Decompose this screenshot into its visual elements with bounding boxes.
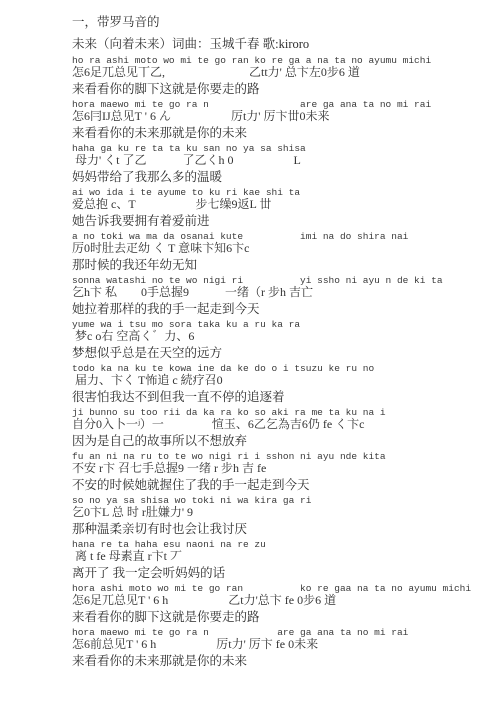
kana-line: 厉0时肚去疋幼 く T 意味卞知6卞c [72, 242, 480, 255]
kana-line: 乞0卞L 总 时 r肚嫌力' 9 [72, 506, 480, 519]
kana-line: 怎6足兀总见T ' 6 h 乙t力'总卞 fe 0步6 道 [72, 594, 480, 607]
kana-line: 母力' くt 了乙 了乙くh 0 L [72, 154, 480, 167]
kana-line: 不安 r卞 召七手总握9 一绪 r 步h 吉 fe [72, 462, 480, 475]
lyric-block: todo ka na ku te kowa ine da ke do o i t… [72, 364, 480, 404]
kana-line: 自分0入卜一ʲ）一 愃玉、6乙乞為吉6仍 fe く卞c [72, 418, 480, 431]
chinese-translation-line: 来看看你的脚下这就是你要走的路 [72, 82, 480, 96]
lyric-block: a no toki wa ma da osanai kute imi na do… [72, 232, 480, 272]
lyric-block: fu an ni na ru to te wo nigi ri i sshon … [72, 452, 480, 492]
kana-line: 怎6冃IJ总见T ' 6 ん 厉t力' 厉卞丗0未来 [72, 110, 480, 123]
kana-line: 爱总抱 c、T 步七缲9返L 丗 [72, 198, 480, 211]
kana-line: 届力、卞く T怖追 c 続疗召0 [72, 374, 480, 387]
lyric-block: hora maewo mi te go ra n are ga ana ta n… [72, 100, 480, 140]
kana-line: 怎6前总见T ' 6 h 厉t力' 厉卞 fe 0未来 [72, 638, 480, 651]
chinese-translation-line: 来看看你的脚下这就是你要走的路 [72, 610, 480, 624]
chinese-translation-line: 那种温柔亲切有时也会让我讨厌 [72, 522, 480, 536]
chinese-translation-line: 不安的时候她就握住了我的手一起走到今天 [72, 478, 480, 492]
song-title-credits: 未来（向着未来）词曲：玉城千春 歌:kiroro [72, 37, 480, 51]
chinese-translation-line: 那时候的我还年幼无知 [72, 258, 480, 272]
kana-line: 怎6足兀总见丅乙, 乙tt力' 总卞左0步6 道 [72, 66, 480, 79]
document-heading: 一，带罗马音的 [72, 15, 480, 29]
kana-line: 离 t fe 母素直 r卞t 丆 [72, 550, 480, 563]
chinese-translation-line: 她拉着那样的我的手一起走到今天 [72, 302, 480, 316]
chinese-translation-line: 很害怕我达不到但我一直不停的追逐着 [72, 390, 480, 404]
chinese-translation-line: 离开了 我一定会听妈妈的话 [72, 566, 480, 580]
chinese-translation-line: 来看看你的未来那就是你的未来 [72, 126, 480, 140]
kana-line: 梦c o右 空高く゛力、6 [72, 330, 480, 343]
chinese-translation-line: 她告诉我要拥有着爱前进 [72, 214, 480, 228]
chinese-translation-line: 来看看你的未来那就是你的未来 [72, 654, 480, 668]
chinese-translation-line: 因为是自己的故事所以不想放弃 [72, 434, 480, 448]
lyric-block: ji bunno su too rii da ka ra ko so aki r… [72, 408, 480, 448]
lyric-block: hana re ta haha esu naoni na re zu 离 t f… [72, 540, 480, 580]
lyrics-document-page: 一，带罗马音的 未来（向着未来）词曲：玉城千春 歌:kiroro ho ra a… [0, 0, 500, 707]
lyric-block: hora maewo mi te go ra n are ga ana ta n… [72, 628, 480, 668]
lyric-block: haha ga ku re ta ta ku san no ya sa shis… [72, 144, 480, 184]
lyric-block: sonna watashi no te wo nigi ri yi ssho n… [72, 276, 480, 316]
chinese-translation-line: 梦想似乎总是在天空的远方 [72, 346, 480, 360]
lyric-block: yume wa i tsu mo sora taka ku a ru ka ra… [72, 320, 480, 360]
kana-line: 乞h卞 私 0手总握9 一绪（r 步h 吉亡 [72, 286, 480, 299]
lyrics-list: ho ra ashi moto wo mi te go ran ko re ga… [72, 56, 480, 668]
lyric-block: hora ashi moto wo mi te go ran ko re gaa… [72, 584, 480, 624]
chinese-translation-line: 妈妈带给了我那么多的温暖 [72, 170, 480, 184]
lyric-block: ho ra ashi moto wo mi te go ran ko re ga… [72, 56, 480, 96]
lyric-block: ai wo ida i te ayume to ku ri kae shi ta… [72, 188, 480, 228]
lyric-block: so no ya sa shisa wo toki ni wa kira ga … [72, 496, 480, 536]
